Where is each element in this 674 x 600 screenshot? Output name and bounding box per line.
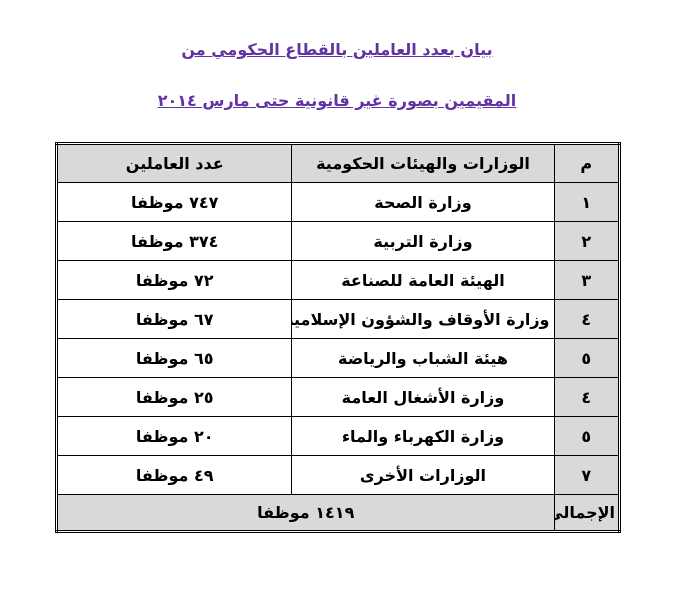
table-row: ٢ وزارة التربية ٣٧٤ موظفا <box>57 222 620 261</box>
header-serial: م <box>554 144 620 183</box>
count-cell: ٧٤٧ موظفا <box>57 183 292 222</box>
header-ministry: الوزارات والهيئات الحكومية <box>292 144 554 183</box>
count-cell: ٧٢ موظفا <box>57 261 292 300</box>
count-cell: ٦٧ موظفا <box>57 300 292 339</box>
serial-cell: ١ <box>554 183 620 222</box>
count-cell: ٢٠ موظفا <box>57 417 292 456</box>
serial-cell: ٧ <box>554 456 620 495</box>
table-row: ٧ الوزارات الأخرى ٤٩ موظفا <box>57 456 620 495</box>
serial-cell: ٥ <box>554 417 620 456</box>
table-row: ٤ وزارة الأوقاف والشؤون الإسلامية ٦٧ موظ… <box>57 300 620 339</box>
serial-cell: ٤ <box>554 378 620 417</box>
serial-cell: ٤ <box>554 300 620 339</box>
serial-cell: ٥ <box>554 339 620 378</box>
table-row: ١ وزارة الصحة ٧٤٧ موظفا <box>57 183 620 222</box>
total-label-cell: الإجمالي <box>554 495 620 532</box>
count-cell: ٣٧٤ موظفا <box>57 222 292 261</box>
ministry-cell: وزارة التربية <box>292 222 554 261</box>
count-cell: ٤٩ موظفا <box>57 456 292 495</box>
total-row: الإجمالي ١٤١٩ موظفا <box>57 495 620 532</box>
table-row: ٣ الهيئة العامة للصناعة ٧٢ موظفا <box>57 261 620 300</box>
table-header-row: م الوزارات والهيئات الحكومية عدد العاملي… <box>57 144 620 183</box>
header-count: عدد العاملين <box>57 144 292 183</box>
ministry-cell: هيئة الشباب والرياضة <box>292 339 554 378</box>
document-page: بيان بعدد العاملين بالقطاع الحكومي من ال… <box>0 0 674 600</box>
ministry-cell: وزارة الأشغال العامة <box>292 378 554 417</box>
ministry-cell: وزارة الأوقاف والشؤون الإسلامية <box>292 300 554 339</box>
total-value-cell: ١٤١٩ موظفا <box>57 495 555 532</box>
count-cell: ٢٥ موظفا <box>57 378 292 417</box>
ministry-cell: الوزارات الأخرى <box>292 456 554 495</box>
page-title-line2: المقيمين بصورة غير قانونية حتى مارس ٢٠١٤ <box>0 91 674 110</box>
count-cell: ٦٥ موظفا <box>57 339 292 378</box>
table-row: ٥ وزارة الكهرباء والماء ٢٠ موظفا <box>57 417 620 456</box>
serial-cell: ٢ <box>554 222 620 261</box>
table-row: ٥ هيئة الشباب والرياضة ٦٥ موظفا <box>57 339 620 378</box>
serial-cell: ٣ <box>554 261 620 300</box>
ministry-cell: وزارة الصحة <box>292 183 554 222</box>
ministry-cell: وزارة الكهرباء والماء <box>292 417 554 456</box>
employees-table: م الوزارات والهيئات الحكومية عدد العاملي… <box>55 142 621 533</box>
table-row: ٤ وزارة الأشغال العامة ٢٥ موظفا <box>57 378 620 417</box>
ministry-cell: الهيئة العامة للصناعة <box>292 261 554 300</box>
page-title-line1: بيان بعدد العاملين بالقطاع الحكومي من <box>0 40 674 59</box>
